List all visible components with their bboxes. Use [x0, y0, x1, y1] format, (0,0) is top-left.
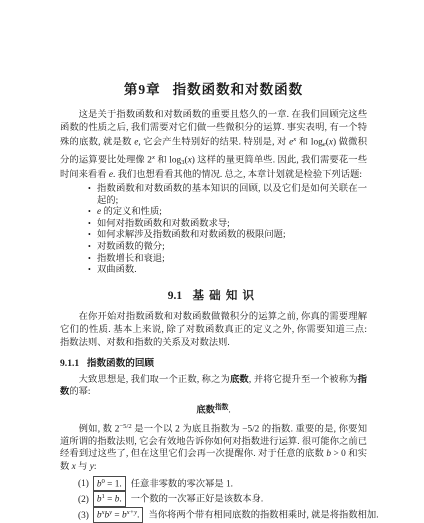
topic-text: 如何求解涉及指数函数和对数函数的极限问题;	[97, 230, 286, 240]
chapter-title: 第9章指数函数和对数函数	[60, 82, 367, 97]
bullet-icon: •	[88, 253, 91, 265]
rule-description: 一个数的一次幂正好是该数本身.	[131, 495, 263, 505]
exponent-rule-3: (3)bxby = bx+y.当你将两个带有相同底数的指数相乘时, 就是将指数相…	[78, 507, 367, 523]
topic-item: •如何求解涉及指数函数和对数函数的极限问题;	[88, 230, 367, 242]
rule-description: 当你将两个带有相同底数的指数相乘时, 就是将指数相加.	[148, 511, 378, 521]
exponent-rule-2: (2)b1 = b.一个数的一次幂正好是该数本身.	[78, 491, 367, 507]
intro-paragraph: 这是关于指数函数和对数函数的重要且悠久的一章. 在我们回顾完这些函数的性质之后,…	[60, 109, 367, 182]
example-paragraph: 例如, 数 2−5/2 是一个以 2 为底且指数为 −5/2 的指数. 重要的是…	[60, 421, 367, 474]
subsection-title: 指数函数的回顾	[87, 358, 154, 369]
textbook-page: 第9章指数函数和对数函数 这是关于指数函数和对数函数的重要且悠久的一章. 在我们…	[0, 0, 424, 480]
bullet-icon: •	[88, 241, 91, 253]
exponent-rules-list: (1)b0 = 1.任意非零数的零次幂是 1. (2)b1 = b.一个数的一次…	[78, 476, 367, 523]
topic-item: •指数增长和衰退;	[88, 254, 367, 266]
section-title: 基础知识	[193, 290, 260, 302]
bullet-icon: •	[88, 264, 91, 276]
lead-paragraph: 大致思想是, 我们取一个正数, 称之为底数, 并将它提升至一个被称为指数的幂:	[60, 374, 367, 399]
bullet-icon: •	[88, 229, 91, 241]
topic-text: e 的定义和性质;	[97, 207, 162, 217]
topic-item: •e 的定义和性质;	[88, 207, 367, 219]
display-formula: 底数指数.	[60, 402, 367, 417]
topic-text: 如何对指数函数和对数函数求导;	[97, 219, 230, 229]
rule-number: (1)	[78, 479, 89, 489]
topic-text: 指数增长和衰退;	[97, 254, 165, 264]
bullet-icon: •	[88, 206, 91, 218]
subsection-number: 9.1.1	[60, 358, 79, 369]
topic-text: 指数函数和对数函数的基本知识的回顾, 以及它们是如何关联在一起的;	[97, 184, 367, 206]
section-paragraph: 在你开始对指数函数和对数函数做微积分的运算之前, 你真的需要理解它们的性质. 基…	[60, 311, 367, 349]
rule-number: (2)	[78, 495, 89, 505]
exponent-rule-1: (1)b0 = 1.任意非零数的零次幂是 1.	[78, 476, 367, 492]
subsection-heading: 9.1.1指数函数的回顾	[60, 358, 367, 371]
rule-number: (3)	[78, 511, 89, 521]
rule-description: 任意非零数的零次幂是 1.	[131, 479, 233, 489]
rule-formula-box: b0 = 1.	[93, 476, 126, 492]
bullet-icon: •	[88, 183, 91, 195]
topic-item: •如何对指数函数和对数函数求导;	[88, 219, 367, 231]
section-heading: 9.1基础知识	[60, 290, 367, 303]
section-number: 9.1	[168, 290, 182, 302]
topic-text: 对数函数的微分;	[97, 242, 165, 252]
bullet-icon: •	[88, 218, 91, 230]
chapter-number: 第9章	[124, 82, 161, 97]
topic-text: 双曲函数.	[97, 265, 137, 275]
rule-formula-box: b1 = b.	[93, 491, 126, 507]
rule-formula-box: bxby = bx+y.	[93, 507, 144, 523]
topic-list: •指数函数和对数函数的基本知识的回顾, 以及它们是如何关联在一起的; •e 的定…	[60, 184, 367, 277]
topic-item: •双曲函数.	[88, 265, 367, 277]
topic-item: •对数函数的微分;	[88, 242, 367, 254]
topic-item: •指数函数和对数函数的基本知识的回顾, 以及它们是如何关联在一起的;	[88, 184, 367, 207]
chapter-title-text: 指数函数和对数函数	[173, 82, 304, 97]
